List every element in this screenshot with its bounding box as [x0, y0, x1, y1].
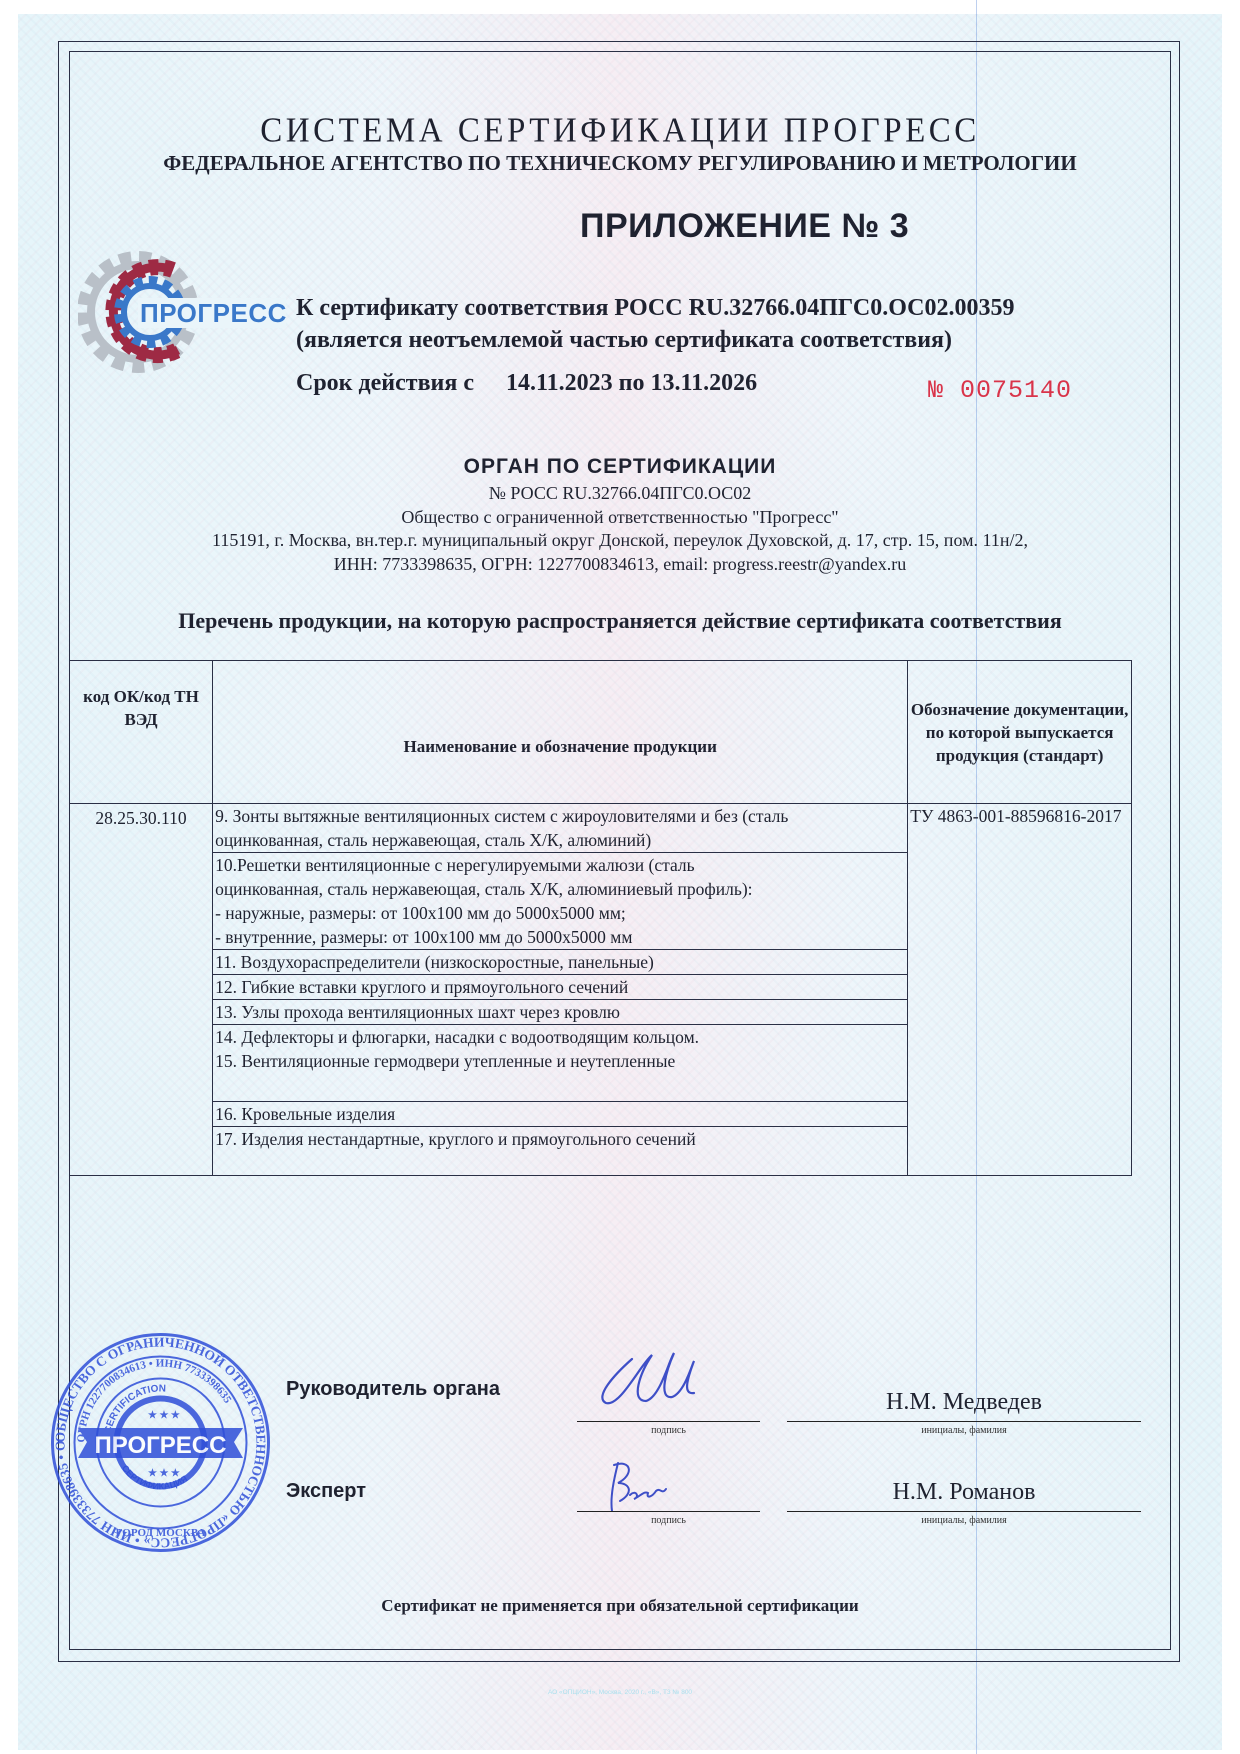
table-header-row: код ОК/код ТН ВЭД Наименование и обознач…	[70, 661, 1132, 804]
printer-imprint: АО «ОПЦИОН», Москва, 2020 г., «В», Т3 № …	[60, 1689, 1180, 1696]
certificate-number-line: К сертификату соответствия РОСС RU.32766…	[296, 292, 1015, 324]
head-signature-line	[577, 1421, 760, 1422]
appendix-title: ПРИЛОЖЕНИЕ № 3	[580, 207, 909, 246]
validity-period: Срок действия с14.11.2023 по 13.11.2026	[296, 370, 757, 397]
product-item-line: 16. Кровельные изделия	[215, 1102, 905, 1126]
certification-body-info: № РОСС RU.32766.04ПГС0.ОС02 Общество с о…	[60, 482, 1180, 576]
product-item-line: оцинкованная, сталь нержавеющая, сталь Х…	[215, 828, 905, 852]
product-item-line: оцинкованная, сталь нержавеющая, сталь Х…	[215, 877, 905, 901]
product-item-line: 12. Гибкие вставки круглого и прямоуголь…	[215, 975, 905, 999]
stamp-seal-icon: ОБЩЕСТВО С ОГРАНИЧЕННОЙ ОТВЕТСТВЕННОСТЬЮ…	[48, 1330, 273, 1555]
footer-note: Сертификат не применяется при обязательн…	[60, 1596, 1180, 1616]
svg-text:ПРОГРЕСС: ПРОГРЕСС	[95, 1432, 227, 1459]
product-item-line: 10.Решетки вентиляционные с нерегулируем…	[215, 853, 905, 877]
expert-name: Н.М. Романов	[787, 1479, 1141, 1506]
product-item-line: - наружные, размеры: от 100х100 мм до 50…	[215, 901, 905, 925]
gear-logo-icon: ПРОГРЕСС	[78, 240, 288, 380]
body-registration: № РОСС RU.32766.04ПГС0.ОС02	[60, 482, 1180, 506]
handwritten-signature-icon	[600, 1455, 690, 1515]
head-signature	[574, 1335, 764, 1415]
expert-signature-line	[577, 1511, 760, 1512]
progress-logo: ПРОГРЕСС	[78, 240, 288, 380]
serial-number: № 0075140	[928, 376, 1072, 405]
svg-text:ГОРОД МОСКВА: ГОРОД МОСКВА	[116, 1527, 206, 1539]
product-item: 13. Узлы прохода вентиляционных шахт чер…	[213, 1000, 908, 1025]
expert-label: Эксперт	[286, 1480, 366, 1503]
product-table: код ОК/код ТН ВЭД Наименование и обознач…	[69, 660, 1132, 1176]
head-signature-caption: подпись	[577, 1425, 760, 1436]
column-header-code: код ОК/код ТН ВЭД	[70, 661, 213, 804]
product-item-line: - внутренние, размеры: от 100х100 мм до …	[215, 925, 905, 949]
product-item: 11. Воздухораспределители (низкоскоростн…	[213, 950, 908, 975]
product-item: 9. Зонты вытяжные вентиляционных систем …	[213, 804, 908, 853]
product-item-line: 15. Вентиляционные гермодвери утепленные…	[215, 1049, 905, 1073]
product-code: 28.25.30.110	[70, 804, 213, 1176]
head-name-line	[787, 1421, 1141, 1422]
body-organization: Общество с ограниченной ответственностью…	[60, 506, 1180, 530]
validity-dates: 14.11.2023 по 13.11.2026	[506, 370, 757, 396]
product-item-line: 17. Изделия нестандартные, круглого и пр…	[215, 1127, 905, 1151]
head-name: Н.М. Медведев	[787, 1389, 1141, 1416]
expert-signature	[600, 1455, 690, 1515]
head-label: Руководитель органа	[286, 1378, 500, 1401]
product-list-title: Перечень продукции, на которую распростр…	[60, 608, 1180, 634]
expert-signature-caption: подпись	[577, 1515, 760, 1526]
expert-name-line	[787, 1511, 1141, 1512]
product-item-line: 11. Воздухораспределители (низкоскоростн…	[215, 950, 905, 974]
body-address: 115191, г. Москва, вн.тер.г. муниципальн…	[60, 529, 1180, 553]
handwritten-signature-icon	[574, 1335, 764, 1415]
head-name-caption: инициалы, фамилия	[787, 1425, 1141, 1436]
certificate-note-line: (является неотъемлемой частью сертификат…	[296, 324, 1015, 356]
column-header-name: Наименование и обозначение продукции	[213, 661, 908, 804]
product-item: 16. Кровельные изделия	[213, 1102, 908, 1127]
body-requisites: ИНН: 7733398635, ОГРН: 1227700834613, em…	[60, 553, 1180, 577]
product-standard: ТУ 4863-001-88596816-2017	[908, 804, 1132, 1176]
product-item-line: 13. Узлы прохода вентиляционных шахт чер…	[215, 1000, 905, 1024]
table-row: 28.25.30.1109. Зонты вытяжные вентиляцио…	[70, 804, 1132, 853]
svg-text:★ ★ ★: ★ ★ ★	[148, 1410, 180, 1421]
expert-name-caption: инициалы, фамилия	[787, 1515, 1141, 1526]
product-item: 10.Решетки вентиляционные с нерегулируем…	[213, 853, 908, 950]
system-title: СИСТЕМА СЕРТИФИКАЦИИ ПРОГРЕСС	[60, 112, 1180, 151]
product-item: 14. Дефлекторы и флюгарки, насадки с вод…	[213, 1025, 908, 1102]
validity-label: Срок действия с	[296, 370, 474, 396]
certificate-reference: К сертификату соответствия РОСС RU.32766…	[296, 292, 1015, 356]
agency-title: ФЕДЕРАЛЬНОЕ АГЕНТСТВО ПО ТЕХНИЧЕСКОМУ РЕ…	[60, 151, 1180, 176]
product-item-line: 9. Зонты вытяжные вентиляционных систем …	[215, 804, 905, 828]
certification-body-title: ОРГАН ПО СЕРТИФИКАЦИИ	[60, 455, 1180, 479]
product-item-line: 14. Дефлекторы и флюгарки, насадки с вод…	[215, 1025, 905, 1049]
column-header-standard: Обозначение документации, по которой вып…	[908, 661, 1132, 804]
product-item: 17. Изделия нестандартные, круглого и пр…	[213, 1127, 908, 1176]
product-item: 12. Гибкие вставки круглого и прямоуголь…	[213, 975, 908, 1000]
organization-stamp: ОБЩЕСТВО С ОГРАНИЧЕННОЙ ОТВЕТСТВЕННОСТЬЮ…	[48, 1330, 273, 1555]
svg-text:★ ★ ★: ★ ★ ★	[148, 1468, 180, 1479]
svg-text:ПРОГРЕСС: ПРОГРЕСС	[140, 298, 287, 328]
